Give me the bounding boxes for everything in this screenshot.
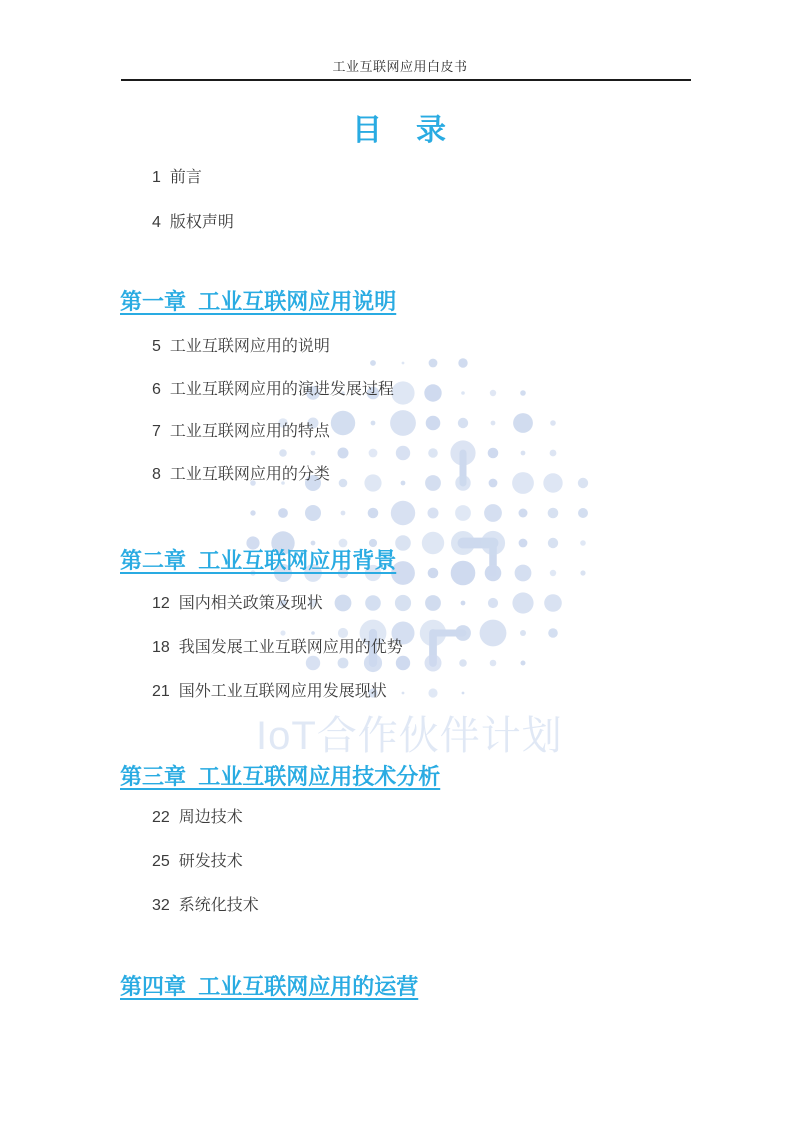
toc-item-label: 前言: [170, 169, 202, 186]
toc-body: 1前言4版权声明第一章 工业互联网应用说明5工业互联网应用的说明6工业互联网应用…: [0, 0, 800, 1132]
toc-item-label: 工业互联网应用的演进发展过程: [170, 381, 394, 398]
toc-item-label: 周边技术: [179, 809, 243, 826]
toc-item: 12国内相关政策及现状: [152, 590, 323, 613]
toc-item: 25研发技术: [152, 848, 243, 871]
toc-item: 7工业互联网应用的特点: [152, 418, 330, 441]
toc-item-page-number: 4: [152, 214, 161, 231]
toc-item: 8工业互联网应用的分类: [152, 461, 330, 484]
chapter-heading[interactable]: 第三章 工业互联网应用技术分析: [120, 760, 440, 791]
toc-item: 4版权声明: [152, 209, 234, 232]
toc-item-label: 研发技术: [179, 853, 243, 870]
toc-item-label: 国外工业互联网应用发展现状: [179, 683, 387, 700]
toc-item-page-number: 5: [152, 338, 161, 355]
toc-item-page-number: 25: [152, 853, 170, 870]
toc-item-page-number: 7: [152, 423, 161, 440]
toc-item-label: 工业互联网应用的特点: [170, 423, 330, 440]
chapter-heading[interactable]: 第四章 工业互联网应用的运营: [120, 970, 418, 1001]
chapter-heading[interactable]: 第二章 工业互联网应用背景: [120, 544, 396, 575]
toc-item-page-number: 32: [152, 897, 170, 914]
toc-item-page-number: 1: [152, 169, 161, 186]
chapter-heading[interactable]: 第一章 工业互联网应用说明: [120, 285, 396, 316]
toc-item: 5工业互联网应用的说明: [152, 333, 330, 356]
toc-item-label: 我国发展工业互联网应用的优势: [179, 639, 403, 656]
toc-item-label: 工业互联网应用的分类: [170, 466, 330, 483]
toc-page: IoT合作伙伴计划 工业互联网应用白皮书 目 录 1前言4版权声明第一章 工业互…: [0, 0, 800, 1132]
toc-item-page-number: 6: [152, 381, 161, 398]
toc-item: 1前言: [152, 164, 202, 187]
toc-item-page-number: 21: [152, 683, 170, 700]
toc-item-page-number: 18: [152, 639, 170, 656]
toc-item: 21国外工业互联网应用发展现状: [152, 678, 387, 701]
toc-item: 18我国发展工业互联网应用的优势: [152, 634, 403, 657]
toc-item-page-number: 8: [152, 466, 161, 483]
toc-item-label: 系统化技术: [179, 897, 259, 914]
toc-item-label: 国内相关政策及现状: [179, 595, 323, 612]
toc-item: 22周边技术: [152, 804, 243, 827]
toc-item-page-number: 22: [152, 809, 170, 826]
toc-item: 6工业互联网应用的演进发展过程: [152, 376, 394, 399]
toc-item-label: 工业互联网应用的说明: [170, 338, 330, 355]
toc-item-page-number: 12: [152, 595, 170, 612]
toc-item: 32系统化技术: [152, 892, 259, 915]
toc-item-label: 版权声明: [170, 214, 234, 231]
